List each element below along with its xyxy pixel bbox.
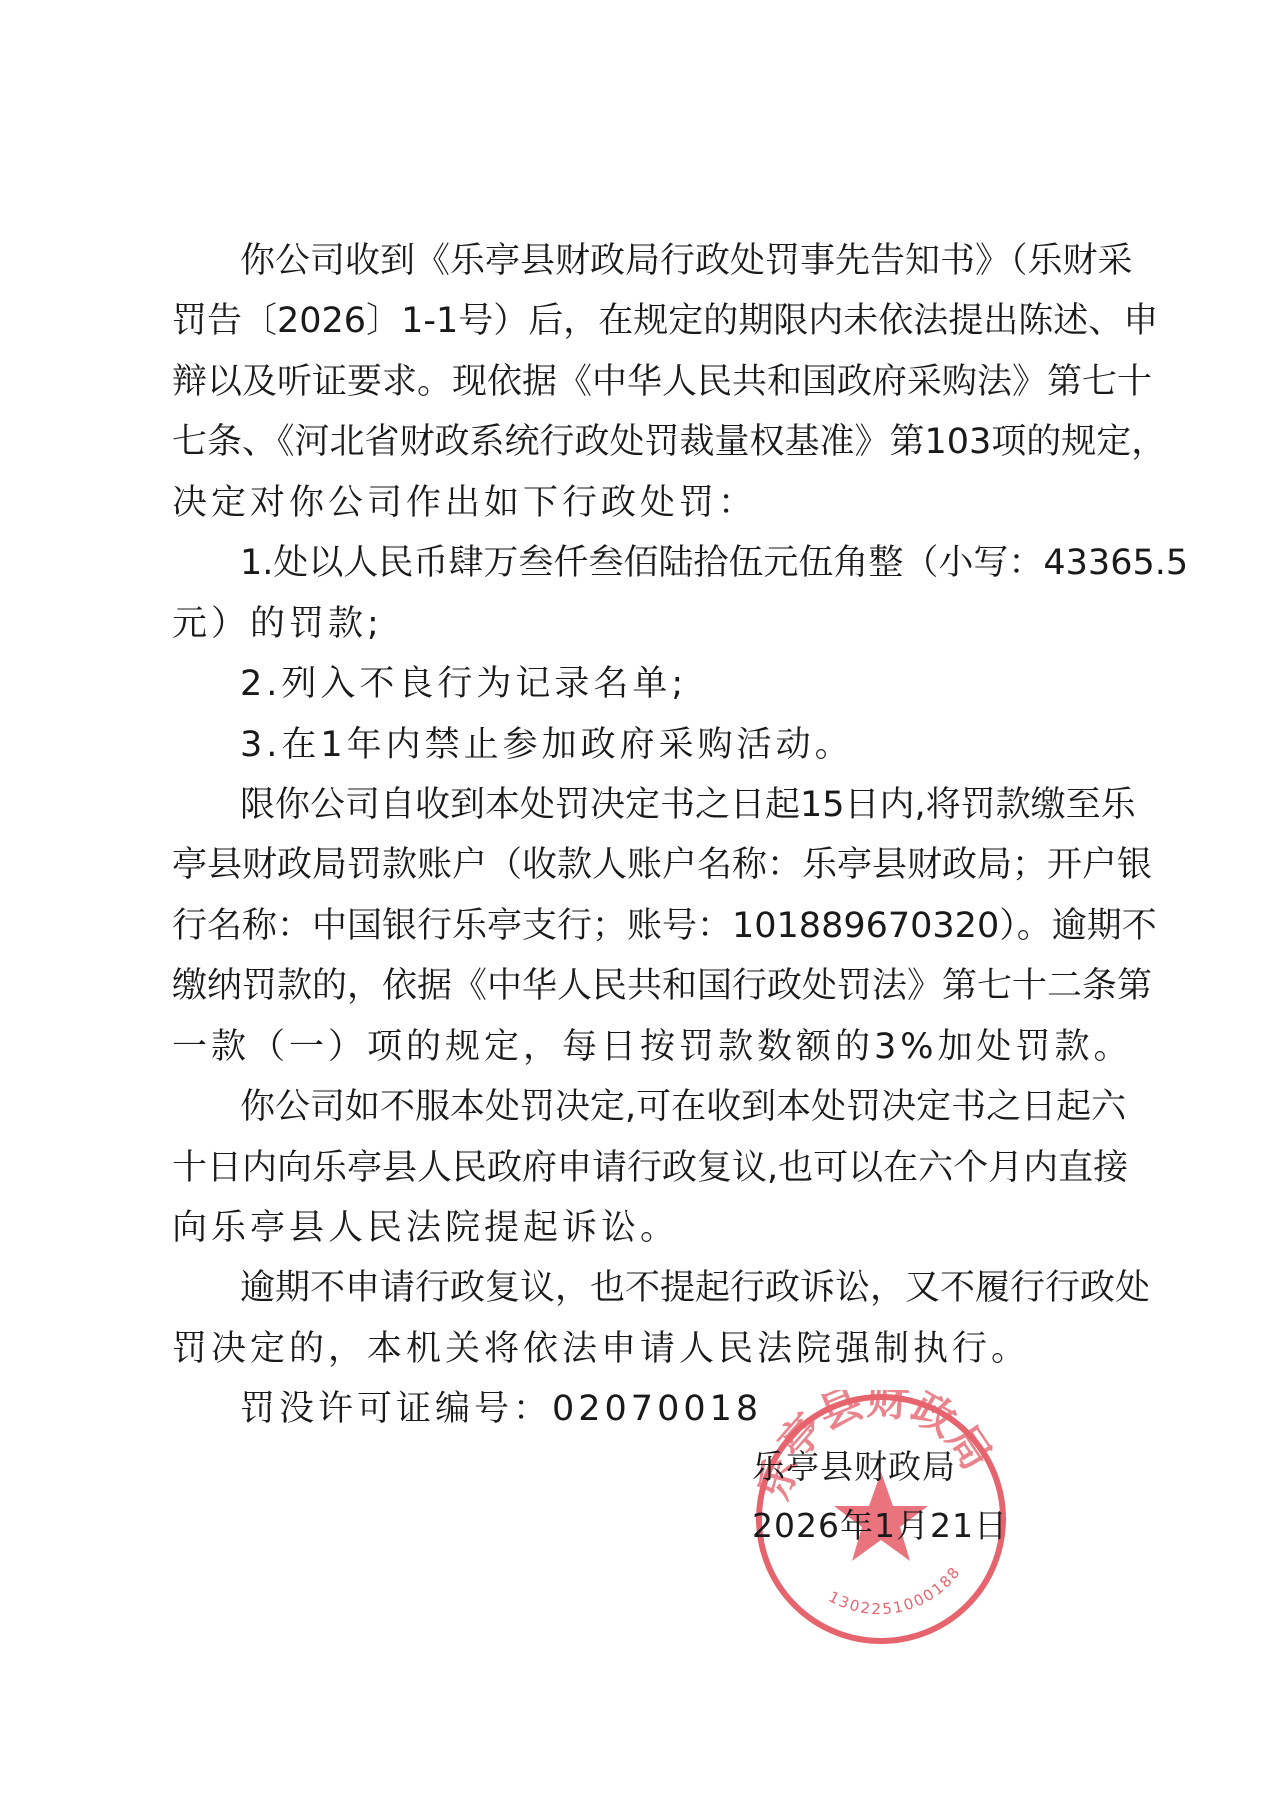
text-line-content: 罚决定的，本机关将依法申请人民法院强制执行。 <box>172 1324 1030 1384</box>
text-line: 3.在1年内禁止参加政府采购活动。 <box>172 720 1117 780</box>
penalty-blacklist-text: 2.列入不良行为记录名单; <box>240 659 687 719</box>
issuer-name: 乐亭县财政局 <box>752 1444 1008 1503</box>
text-line: 你公司收到《乐亭县财政局行政处罚事先告知书》（乐财采 <box>172 236 1117 296</box>
text-line: 七条、《河北省财政系统行政处罚裁量权基准》第103项的规定， <box>172 417 1117 477</box>
text-line: 亭县财政局罚款账户（收款人账户名称：乐亭县财政局；开户银 <box>172 840 1117 900</box>
text-line: 罚告〔2026〕1-1号）后，在规定的期限内未依法提出陈述、申 <box>172 296 1117 356</box>
text-line: 1.处以人民币肆万叁仟叁佰陆拾伍元伍角整（小写：43365.5 <box>172 538 1117 598</box>
text-line-content: 缴纳罚款的，依据《中华人民共和国行政处罚法》第七十二条第 <box>172 961 1152 1021</box>
text-line: 行名称：中国银行乐亭支行；账号：101889670320）。逾期不 <box>172 901 1117 961</box>
signature-block: 乐亭县财政局 2026年1月21日 <box>752 1444 1008 1562</box>
text-line-content: 逾期不申请行政复议，也不提起行政诉讼，又不履行行政处 <box>240 1263 1150 1323</box>
text-line: 限你公司自收到本处罚决定书之日起15日内,将罚款缴至乐 <box>172 780 1117 840</box>
text-line-content: 限你公司自收到本处罚决定书之日起15日内,将罚款缴至乐 <box>240 780 1136 840</box>
text-line-content: 七条、《河北省财政系统行政处罚裁量权基准》第103项的规定， <box>172 417 1166 477</box>
text-line: 逾期不申请行政复议，也不提起行政诉讼，又不履行行政处 <box>172 1263 1117 1323</box>
penalty-ban-text: 3.在1年内禁止参加政府采购活动。 <box>240 720 854 780</box>
text-line-content: 元）的罚款; <box>172 599 383 659</box>
issue-date: 2026年1月21日 <box>752 1503 1008 1562</box>
account-number-text: 行名称：中国银行乐亭支行；账号：101889670320）。逾期不 <box>172 901 1157 961</box>
text-line-content: 辩以及听证要求。现依据《中华人民共和国政府采购法》第七十 <box>172 357 1152 417</box>
text-line-content: 你公司收到《乐亭县财政局行政处罚事先告知书》（乐财采 <box>240 236 1133 296</box>
text-line-content: 十日内向乐亭县人民政府申请行政复议,也可以在六个月内直接 <box>172 1143 1128 1203</box>
document-body: 你公司收到《乐亭县财政局行政处罚事先告知书》（乐财采 罚告〔2026〕1-1号）… <box>172 236 1117 1445</box>
text-line: 向乐亭县人民法院提起诉讼。 <box>172 1203 1117 1263</box>
svg-text:1302251000188: 1302251000188 <box>826 1563 965 1619</box>
text-line: 缴纳罚款的，依据《中华人民共和国行政处罚法》第七十二条第 <box>172 961 1117 1021</box>
text-line-content: 决定对你公司作出如下行政处罚： <box>172 478 757 538</box>
text-line: 你公司如不服本处罚决定,可在收到本处罚决定书之日起六 <box>172 1082 1117 1142</box>
text-line: 元）的罚款; <box>172 599 1117 659</box>
text-line-content: 向乐亭县人民法院提起诉讼。 <box>172 1203 679 1263</box>
text-line: 2.列入不良行为记录名单; <box>172 659 1117 719</box>
text-line-content: 一款（一）项的规定，每日按罚款数额的3%加处罚款。 <box>172 1022 1133 1082</box>
text-line: 决定对你公司作出如下行政处罚： <box>172 478 1117 538</box>
text-line-content: 罚告〔2026〕1-1号）后，在规定的期限内未依法提出陈述、申 <box>172 296 1158 356</box>
text-line: 罚决定的，本机关将依法申请人民法院强制执行。 <box>172 1324 1117 1384</box>
text-line: 一款（一）项的规定，每日按罚款数额的3%加处罚款。 <box>172 1022 1117 1082</box>
text-line-content: 你公司如不服本处罚决定,可在收到本处罚决定书之日起六 <box>240 1082 1126 1142</box>
permit-number: 罚没许可证编号：02070018 <box>240 1384 762 1444</box>
text-line-content: 亭县财政局罚款账户（收款人账户名称：乐亭县财政局；开户银 <box>172 840 1152 900</box>
text-line: 十日内向乐亭县人民政府申请行政复议,也可以在六个月内直接 <box>172 1143 1117 1203</box>
penalty-fine-text: 1.处以人民币肆万叁仟叁佰陆拾伍元伍角整（小写：43365.5 <box>240 538 1188 598</box>
text-line: 辩以及听证要求。现依据《中华人民共和国政府采购法》第七十 <box>172 357 1117 417</box>
document-page: 你公司收到《乐亭县财政局行政处罚事先告知书》（乐财采 罚告〔2026〕1-1号）… <box>0 0 1280 1811</box>
